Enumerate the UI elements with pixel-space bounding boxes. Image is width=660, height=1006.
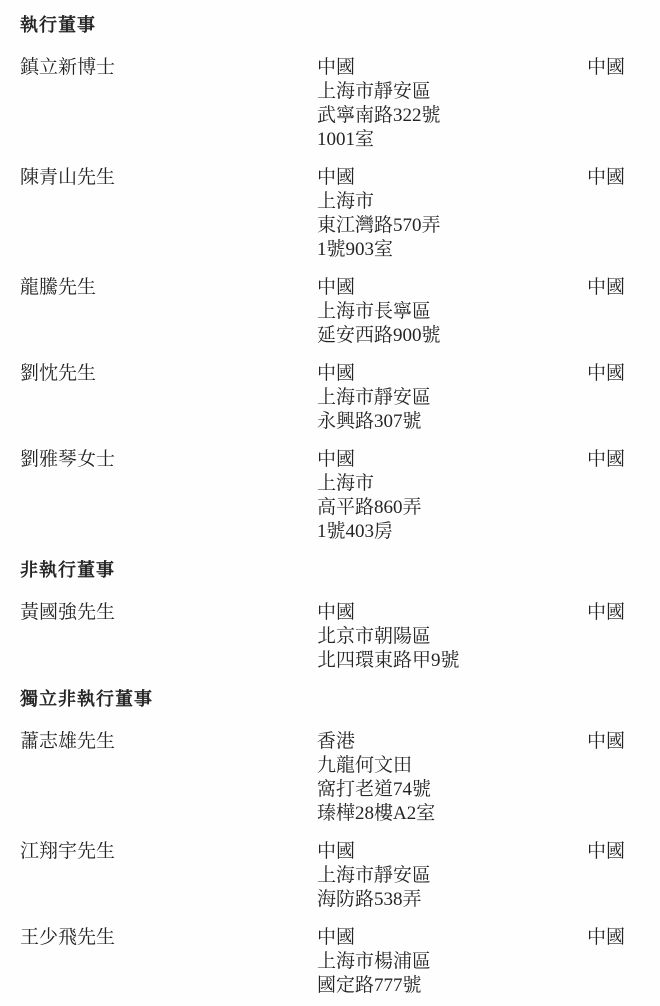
section-rows: 蕭志雄先生 香港九龍何文田窩打老道74號瑧樺28樓A2室 中國 江翔宇先生 中國…: [20, 730, 642, 998]
director-address: 中國北京市朝陽區北四環東路甲9號: [317, 601, 587, 673]
director-address: 中國上海市長寧區延安西路900號: [317, 276, 587, 348]
address-line: 窩打老道74號: [317, 778, 587, 802]
director-name: 龍騰先生: [20, 276, 317, 348]
director-address: 中國上海市高平路860弄1號403房: [317, 448, 587, 544]
director-name: 蕭志雄先生: [20, 730, 317, 826]
section-rows: 黃國強先生 中國北京市朝陽區北四環東路甲9號 中國: [20, 601, 642, 673]
sections-root: 執行董事 鎮立新博士 中國上海市靜安區武寧南路322號1001室 中國 陳青山先…: [20, 13, 642, 998]
address-line: 北京市朝陽區: [317, 625, 587, 649]
director-name: 陳青山先生: [20, 166, 317, 262]
address-line: 香港: [317, 730, 587, 754]
address-line: 上海市: [317, 472, 587, 496]
address-line: 上海市楊浦區: [317, 950, 587, 974]
address-line: 1001室: [317, 128, 587, 152]
address-line: 上海市靜安區: [317, 80, 587, 104]
director-row: 劉雅琴女士 中國上海市高平路860弄1號403房 中國: [20, 448, 642, 544]
address-line: 1號903室: [317, 238, 587, 262]
director-nationality: 中國: [587, 840, 642, 912]
address-line: 上海市靜安區: [317, 864, 587, 888]
director-nationality: 中國: [587, 926, 642, 998]
address-line: 北四環東路甲9號: [317, 649, 587, 673]
section-rows: 鎮立新博士 中國上海市靜安區武寧南路322號1001室 中國 陳青山先生 中國上…: [20, 56, 642, 544]
director-row: 陳青山先生 中國上海市東江灣路570弄1號903室 中國: [20, 166, 642, 262]
director-name: 劉忱先生: [20, 362, 317, 434]
address-line: 中國: [317, 840, 587, 864]
director-address: 中國上海市靜安區海防路538弄: [317, 840, 587, 912]
address-line: 延安西路900號: [317, 324, 587, 348]
director-nationality: 中國: [587, 362, 642, 434]
address-line: 中國: [317, 276, 587, 300]
director-address: 中國上海市靜安區永興路307號: [317, 362, 587, 434]
director-nationality: 中國: [587, 56, 642, 152]
address-line: 上海市長寧區: [317, 300, 587, 324]
address-line: 中國: [317, 448, 587, 472]
director-name: 黃國強先生: [20, 601, 317, 673]
address-line: 中國: [317, 166, 587, 190]
address-line: 中國: [317, 926, 587, 950]
director-nationality: 中國: [587, 601, 642, 673]
director-name: 王少飛先生: [20, 926, 317, 998]
director-row: 劉忱先生 中國上海市靜安區永興路307號 中國: [20, 362, 642, 434]
director-address: 中國上海市楊浦區國定路777號: [317, 926, 587, 998]
director-address: 中國上海市靜安區武寧南路322號1001室: [317, 56, 587, 152]
director-name: 劉雅琴女士: [20, 448, 317, 544]
address-line: 永興路307號: [317, 410, 587, 434]
director-address: 中國上海市東江灣路570弄1號903室: [317, 166, 587, 262]
director-nationality: 中國: [587, 448, 642, 544]
director-section: 獨立非執行董事 蕭志雄先生 香港九龍何文田窩打老道74號瑧樺28樓A2室 中國 …: [20, 687, 642, 998]
director-address: 香港九龍何文田窩打老道74號瑧樺28樓A2室: [317, 730, 587, 826]
director-section: 非執行董事 黃國強先生 中國北京市朝陽區北四環東路甲9號 中國: [20, 558, 642, 673]
address-line: 東江灣路570弄: [317, 214, 587, 238]
address-line: 國定路777號: [317, 974, 587, 998]
director-row: 龍騰先生 中國上海市長寧區延安西路900號 中國: [20, 276, 642, 348]
address-line: 上海市: [317, 190, 587, 214]
address-line: 九龍何文田: [317, 754, 587, 778]
address-line: 中國: [317, 362, 587, 386]
director-nationality: 中國: [587, 730, 642, 826]
address-line: 高平路860弄: [317, 496, 587, 520]
address-line: 中國: [317, 56, 587, 80]
section-header: 獨立非執行董事: [20, 687, 642, 712]
director-name: 江翔宇先生: [20, 840, 317, 912]
address-line: 1號403房: [317, 520, 587, 544]
director-row: 黃國強先生 中國北京市朝陽區北四環東路甲9號 中國: [20, 601, 642, 673]
address-line: 上海市靜安區: [317, 386, 587, 410]
address-line: 海防路538弄: [317, 888, 587, 912]
director-nationality: 中國: [587, 166, 642, 262]
director-row: 江翔宇先生 中國上海市靜安區海防路538弄 中國: [20, 840, 642, 912]
director-section: 執行董事 鎮立新博士 中國上海市靜安區武寧南路322號1001室 中國 陳青山先…: [20, 13, 642, 544]
director-nationality: 中國: [587, 276, 642, 348]
directors-document-page: 執行董事 鎮立新博士 中國上海市靜安區武寧南路322號1001室 中國 陳青山先…: [0, 0, 660, 1006]
director-row: 鎮立新博士 中國上海市靜安區武寧南路322號1001室 中國: [20, 56, 642, 152]
address-line: 中國: [317, 601, 587, 625]
director-row: 王少飛先生 中國上海市楊浦區國定路777號 中國: [20, 926, 642, 998]
section-header: 執行董事: [20, 13, 642, 38]
director-name: 鎮立新博士: [20, 56, 317, 152]
address-line: 瑧樺28樓A2室: [317, 802, 587, 826]
section-header: 非執行董事: [20, 558, 642, 583]
address-line: 武寧南路322號: [317, 104, 587, 128]
director-row: 蕭志雄先生 香港九龍何文田窩打老道74號瑧樺28樓A2室 中國: [20, 730, 642, 826]
